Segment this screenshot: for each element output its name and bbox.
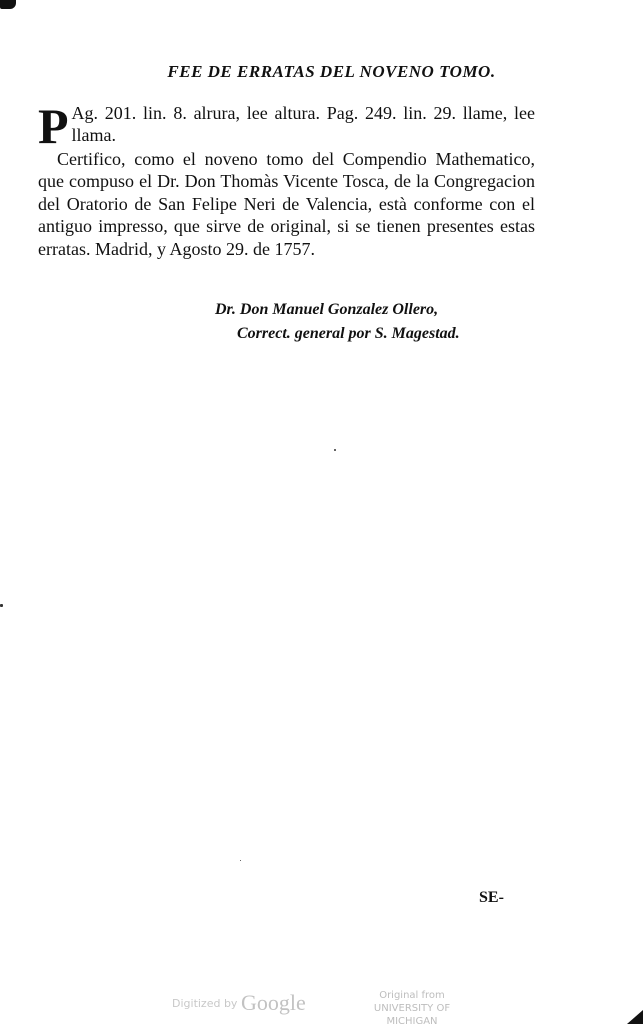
certification-paragraph: Certifico, como el noveno tomo del Compe… [38, 148, 535, 260]
scan-speck [334, 449, 336, 451]
signature-role: Correct. general por S. Magestad. [215, 322, 460, 346]
scan-artifact-bottom-right [627, 1010, 643, 1024]
scan-speck [0, 604, 3, 607]
page-title: FEE DE ERRATAS DEL NOVENO TOMO. [0, 62, 643, 82]
signature-name: Dr. Don Manuel Gonzalez Ollero, [215, 298, 460, 322]
original-source-label: Original from UNIVERSITY OF MICHIGAN [352, 989, 472, 1024]
google-logo: Google [241, 990, 306, 1015]
digitized-by-label: Digitized by Google [172, 990, 306, 1016]
errata-text: Ag. 201. lin. 8. alrura, lee altura. Pag… [72, 103, 535, 145]
drop-cap: P [38, 106, 69, 148]
errata-paragraph: PAg. 201. lin. 8. alrura, lee altura. Pa… [38, 102, 535, 147]
digitization-footer: Digitized by Google Original from UNIVER… [0, 985, 643, 1021]
scan-speck [240, 860, 241, 861]
digitized-prefix: Digitized by [172, 997, 237, 1010]
scan-artifact-top-left [0, 0, 16, 9]
document-body: PAg. 201. lin. 8. alrura, lee altura. Pa… [38, 102, 535, 260]
signature-block: Dr. Don Manuel Gonzalez Ollero, Correct.… [215, 298, 460, 346]
catchword: SE- [479, 889, 504, 907]
institution-name: UNIVERSITY OF MICHIGAN [352, 1002, 472, 1024]
original-from-text: Original from [352, 989, 472, 1002]
